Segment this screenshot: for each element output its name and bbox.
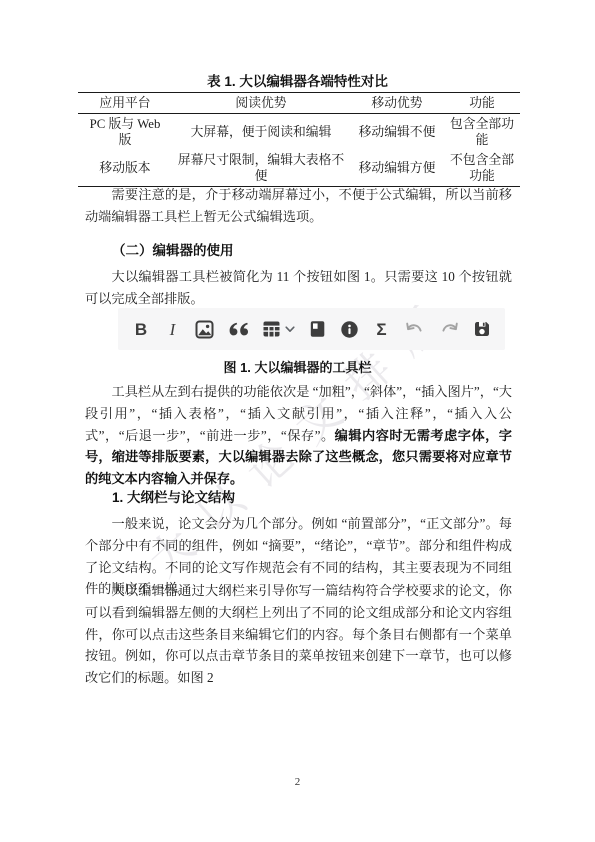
quote-icon [228, 322, 249, 337]
italic-icon: I [170, 321, 176, 338]
comparison-table: 应用平台 阅读优势 移动优势 功能 PC 版与 Web 版 大屏幕，便于阅读和编… [78, 92, 520, 187]
table-header-cell: 应用平台 [78, 93, 172, 114]
table-cell: 大屏幕，便于阅读和编辑 [172, 114, 350, 151]
info-icon [340, 320, 359, 339]
undo-icon [404, 321, 425, 337]
citation-book-icon [309, 320, 326, 338]
insert-note-button[interactable] [340, 316, 359, 342]
redo-icon [439, 321, 460, 337]
insert-table-button[interactable] [262, 316, 295, 342]
paragraph-outline-guide: 大以编辑器通过大纲栏来引导你写一篇结构符合学校要求的论文，你可以看到编辑器左侧的… [85, 580, 512, 689]
paragraph-toolbar-functions: 工具栏从左到右提供的功能依次是 “加粗”，“斜体”，“插入图片”，“大段引用”，… [85, 381, 512, 490]
table-cell: 不包含全部功能 [444, 150, 520, 187]
insert-image-button[interactable] [195, 316, 214, 342]
table-header-cell: 移动优势 [350, 93, 444, 114]
figure-caption: 图 1. 大以编辑器的工具栏 [0, 357, 595, 376]
italic-button[interactable]: I [164, 316, 182, 342]
section-heading-outline: 1. 大纲栏与论文结构 [112, 486, 235, 506]
table-icon [262, 320, 281, 338]
chevron-down-icon [285, 326, 295, 333]
paragraph-note-mobile: 需要注意的是，介于移动端屏幕过小，不便于公式编辑，所以当前移动端编辑器工具栏上暂… [85, 184, 512, 228]
table-cell: 移动版本 [78, 150, 172, 187]
table-row: PC 版与 Web 版 大屏幕，便于阅读和编辑 移动编辑不便 包含全部功能 [78, 114, 520, 151]
table-cell: 包含全部功能 [444, 114, 520, 151]
save-button[interactable] [473, 316, 491, 342]
editor-toolbar-figure: B I [118, 308, 505, 350]
document-page: 大以论文排版 表 1. 大以编辑器各端特性对比 应用平台 阅读优势 移动优势 功… [0, 0, 595, 842]
image-icon [195, 320, 214, 339]
table-cell: 屏幕尺寸限制，编辑大表格不便 [172, 150, 350, 187]
bold-button[interactable]: B [132, 316, 150, 342]
table-header-row: 应用平台 阅读优势 移动优势 功能 [78, 93, 520, 114]
table-header-cell: 阅读优势 [172, 93, 350, 114]
undo-button[interactable] [404, 316, 425, 342]
paragraph-toolbar-intro: 大以编辑器工具栏被简化为 11 个按钮如图 1。只需要这 10 个按钮就可以完成… [85, 266, 512, 310]
insert-formula-button[interactable]: Σ [373, 316, 391, 342]
sigma-icon: Σ [376, 321, 386, 338]
block-quote-button[interactable] [228, 316, 249, 342]
section-heading-editor-usage: （二）编辑器的使用 [112, 239, 234, 259]
redo-button[interactable] [439, 316, 460, 342]
insert-citation-button[interactable] [309, 316, 327, 342]
table-header-cell: 功能 [444, 93, 520, 114]
save-icon [473, 320, 491, 338]
table-cell: 移动编辑方便 [350, 150, 444, 187]
bold-icon: B [135, 321, 147, 338]
table-cell: PC 版与 Web 版 [78, 114, 172, 151]
table-title: 表 1. 大以编辑器各端特性对比 [0, 70, 595, 90]
page-number: 2 [0, 776, 595, 788]
table-row: 移动版本 屏幕尺寸限制，编辑大表格不便 移动编辑方便 不包含全部功能 [78, 150, 520, 187]
table-cell: 移动编辑不便 [350, 114, 444, 151]
